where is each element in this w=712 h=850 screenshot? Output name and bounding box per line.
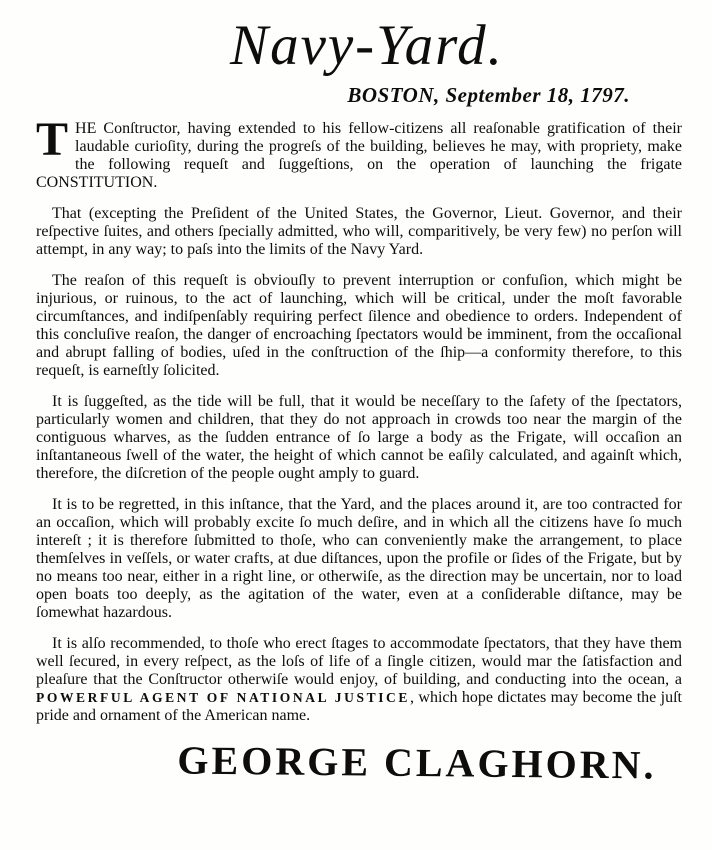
paragraph-2: That (excepting the Preſident of the Uni… xyxy=(36,205,682,259)
signature: GEORGE CLAGHORN. xyxy=(94,737,712,790)
dateline-text: BOSTON, September 18, 1797. xyxy=(347,83,630,107)
paragraph-5: It is to be regretted, in this inſtance,… xyxy=(36,496,682,622)
dateline: BOSTON, September 18, 1797. xyxy=(36,82,682,108)
document-page: Navy-Yard. BOSTON, September 18, 1797. T… xyxy=(0,0,712,850)
paragraph-6-emphasis: POWERFUL AGENT OF NATIONAL JUSTICE xyxy=(36,690,410,705)
paragraph-6-text-before: It is alſo recommended, to thoſe who ere… xyxy=(36,635,682,688)
paragraph-1: THE Conſtructor, having extended to his … xyxy=(36,120,682,192)
document-body: THE Conſtructor, having extended to his … xyxy=(36,120,682,725)
document-title: Navy-Yard. xyxy=(44,14,690,78)
paragraph-3: The reaſon of this requeſt is obviouſly … xyxy=(36,272,682,380)
paragraph-1-text: HE Conſtructor, having extended to his f… xyxy=(36,120,682,191)
drop-cap: T xyxy=(36,120,75,157)
paragraph-6: It is alſo recommended, to thoſe who ere… xyxy=(36,635,682,725)
paragraph-4: It is ſuggeſted, as the tide will be ful… xyxy=(36,393,682,483)
